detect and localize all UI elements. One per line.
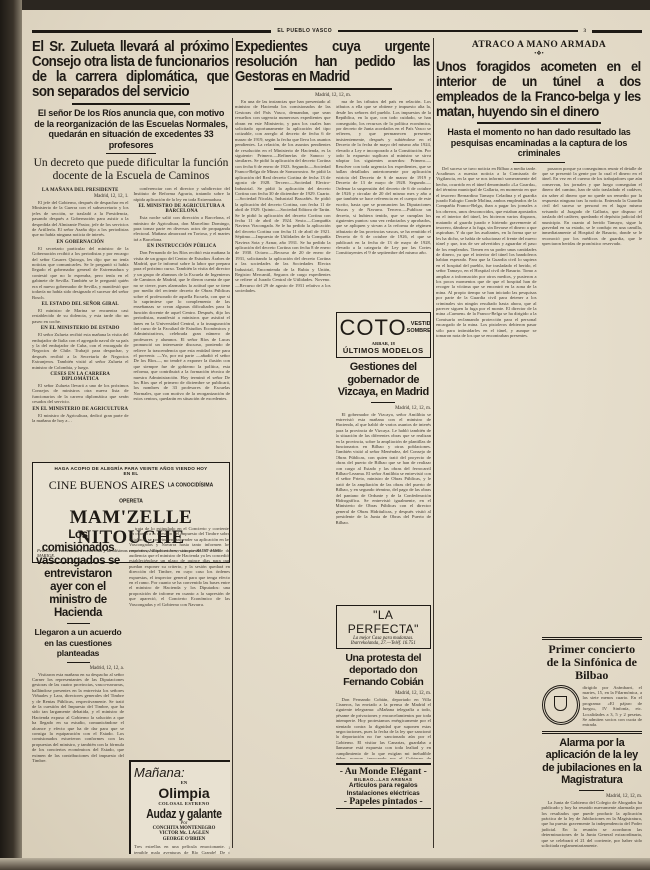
column-right: ATRACO A MANO ARMADA •❖• Unos foragidos … — [436, 38, 642, 854]
paragraph: Visitaron esta mañana en su despacho al … — [32, 672, 124, 764]
dateline: Madrid, 12, 12, a. — [32, 666, 124, 671]
article: Los comisionados vascongados se entrevis… — [32, 526, 230, 854]
section-heading: EN EL MINISTERIO DE AGRICULTURA — [32, 407, 129, 412]
ad-item: VESTIDOS — [411, 321, 431, 327]
dateline: Madrid, 12, 12, m. — [336, 406, 432, 411]
ad-line: La mejor Casa para mudanzas. Ibarrekolan… — [340, 636, 428, 646]
dateline: Madrid, 12, 12, m. — [542, 794, 643, 799]
article-body: LA MAÑANA DEL PRESIDENTE Madrid, 12, 12,… — [32, 186, 230, 423]
monde-advertisement: - Au Monde Elégant - BILBAO...LAS ARENAS… — [336, 763, 432, 809]
divider — [67, 662, 90, 663]
olimpia-advertisement: Mañana: EN Olimpia COLOSAL ESTRENO Audaz… — [129, 760, 230, 854]
article-body: Del suceso se tuvo noticia en Bilbao a m… — [436, 166, 642, 855]
ad-brand: "LA PERFECTA" — [340, 608, 428, 636]
ad-item: SOMBREROS — [407, 328, 431, 334]
article-headline: El Sr. Zulueta llevará al próximo Consej… — [32, 40, 229, 100]
article-subhead: Llegaron a un acuerdo en las cuestiones … — [34, 627, 122, 659]
paragraph: En una de las instancias que han present… — [235, 99, 331, 699]
ad-brand: - Au Monde Elégant - — [336, 767, 432, 777]
masthead-rule — [338, 30, 577, 32]
section-heading: EN GOBERNACIÓN — [32, 240, 129, 245]
ornament: •❖• — [436, 51, 642, 57]
paragraph: El gobernador de Vizcaya, señor Amilibia… — [336, 412, 432, 602]
section-heading: EL ESTADO DEL SEÑOR GIRAL — [32, 302, 129, 307]
bilbao-seal-icon — [542, 685, 580, 725]
newspaper-title: EL PUEBLO VASCO — [277, 28, 332, 34]
article-headline: Unos foragidos acometen en el interior d… — [436, 59, 641, 119]
article-kicker: ATRACO A MANO ARMADA — [436, 40, 642, 50]
dateline: Madrid, 12, 12, 1. — [32, 194, 129, 199]
dateline: Madrid, 12, 12, m. — [336, 691, 432, 696]
ad-cast-member: GEORGE O'BRIEN — [134, 837, 230, 842]
paragraph: trata de lo estipulado en el Concierto y… — [129, 526, 230, 754]
column-middle: Expedientes cuya urgente resolución han … — [235, 38, 431, 854]
column-left: El Sr. Zulueta llevará al próximo Consej… — [32, 38, 230, 854]
divider — [72, 103, 191, 105]
article-headline: Los comisionados vascongados se entrevis… — [32, 529, 124, 620]
paragraph: El ministro de Agricultura, dedicó gran … — [32, 413, 129, 424]
article-headline: Expedientes cuya urgente resolución han … — [235, 40, 430, 85]
article-subhead: Hasta el momento no han dado resultado l… — [438, 127, 640, 159]
article-headline: Primer concierto de la Sinfónica de Bilb… — [542, 643, 643, 682]
page-bottom-edge — [0, 858, 650, 870]
dateline: Madrid, 12, 12, m. — [235, 93, 431, 98]
coto-advertisement: COTO VESTIDOSSOMBREROS ARBAR, 18 ÚLTIMOS… — [336, 312, 432, 358]
article-headline: Alarma por la aplicación de la ley de ju… — [542, 737, 643, 787]
divider — [274, 88, 392, 90]
ad-venue: CINE BUENOS AIRES LA CONOCIDÍSIMA OPERET… — [37, 477, 225, 508]
page-number: 3 — [584, 29, 587, 34]
ad-brand: COTO — [340, 315, 407, 341]
divider — [542, 637, 643, 640]
ad-line: Artículos para regalos — [336, 782, 432, 790]
newspaper-page: EL PUEBLO VASCO 3 El Sr. Zulueta llevará… — [22, 10, 650, 860]
paragraph: Don Fernando de los Ríos recibió esta ma… — [134, 250, 231, 401]
ad-en-el: EN EL — [37, 471, 225, 476]
divider — [477, 122, 601, 124]
article-headline: Una protesta del deportado don Fernando … — [336, 652, 432, 688]
ad-manana: Mañana: — [134, 765, 230, 780]
paragraph: El señor Zulueta recibió esta mañana la … — [32, 332, 129, 370]
ad-film-title: Audaz y galante — [144, 806, 224, 821]
book-spine — [0, 0, 22, 870]
masthead-rule — [32, 30, 271, 33]
divider — [371, 402, 395, 403]
paragraph: Esta noche salió con dirección a Barcelo… — [134, 215, 231, 242]
paragraph: El ministro de Marina se encuentra casi … — [32, 308, 129, 324]
divider — [106, 153, 156, 154]
ad-venue: Olimpia — [134, 785, 230, 801]
paragraph: Del suceso se tuvo noticia en Bilbao a m… — [436, 166, 537, 855]
ad-line: - Papeles pintados - — [336, 798, 432, 806]
section-heading: EL MINISTRO DE AGRICULTURA A BARCELONA — [134, 204, 231, 214]
paragraph: El secretario particular del ministro de… — [32, 246, 129, 300]
section-heading: EN EL MINISTERIO DE ESTADO — [32, 326, 129, 331]
ad-models: ÚLTIMOS MODELOS — [340, 346, 428, 355]
ad-blurb: Tres estrellas en una película emocionan… — [134, 844, 230, 854]
column-rule — [433, 38, 434, 848]
article-headline: Un decreto que puede dificultar la funci… — [32, 157, 230, 183]
article-body: En una de las instancias que han present… — [235, 99, 431, 813]
paragraph: dirigido por Arámbarri, el martes, 15, e… — [583, 685, 643, 728]
article-subhead: El señor De los Ríos anuncia que, con mo… — [34, 108, 228, 150]
section-heading: EN INSTRUCCIÓN PÚBLICA — [134, 244, 231, 249]
paragraph: El señor Zulueta llevará a uno de los pr… — [32, 383, 129, 405]
column-rule — [232, 38, 233, 848]
masthead-rule — [592, 30, 642, 33]
paragraph: La Junta de Gobierno del Colegio de Abog… — [542, 800, 643, 849]
perfecta-advertisement: "LA PERFECTA" La mejor Casa para mudanza… — [336, 605, 432, 649]
concert-notice: dirigido por Arámbarri, el martes, 15, e… — [542, 685, 643, 728]
venue-name: CINE BUENOS AIRES — [49, 478, 165, 492]
divider — [579, 790, 604, 791]
section-heading: LA MAÑANA DEL PRESIDENTE — [32, 188, 129, 193]
masthead: EL PUEBLO VASCO 3 — [32, 27, 642, 35]
section-heading: CESES EN LA CARRERA DIPLOMÁTICA — [32, 372, 129, 382]
article-headline: Gestiones del gobernador de Vizcaya, en … — [336, 361, 432, 399]
divider — [67, 623, 90, 624]
paragraph: ma de los tributos del país en relación.… — [336, 99, 432, 309]
paragraph: El jefe del Gobierno, después de despach… — [32, 200, 129, 238]
paragraph: pasaron porque ya conseguimos reunir el … — [542, 166, 643, 634]
paragraph: Don Fernando Cobián, deportado en Villa … — [336, 697, 432, 759]
divider — [542, 731, 643, 734]
divider — [513, 162, 565, 163]
paragraph: conferenciar con el director y subdirect… — [134, 186, 231, 202]
